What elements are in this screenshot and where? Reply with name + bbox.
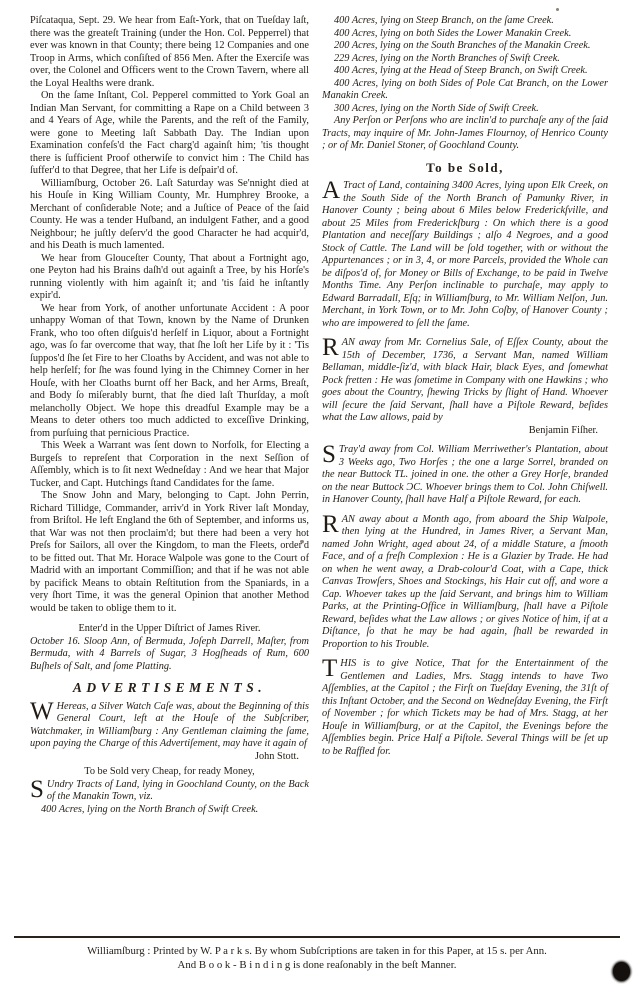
advertisements-heading: ADVERTISEMENTS. bbox=[30, 682, 309, 695]
acres-item: 400 Acres, lying on the North Branch of … bbox=[30, 804, 309, 817]
ad-land-sale-intro: SUndry Tracts of Land, lying in Goochlan… bbox=[30, 779, 309, 804]
acres-item: 400 Acres, lying on both Sides the Lower… bbox=[322, 28, 608, 41]
acres-item: 300 Acres, lying on the North Side of Sw… bbox=[322, 103, 608, 116]
acres-item: 400 Acres, lying on Steep Branch, on the… bbox=[322, 15, 608, 28]
ad-assemblies-notice: THIS is to give Notice, That for the Ent… bbox=[322, 658, 608, 758]
ad-signature: John Stott. bbox=[30, 751, 309, 764]
news-paragraph: Piſcataqua, Sept. 29. We hear from Eaſt-… bbox=[30, 15, 309, 90]
imprint-line: And B o o k - B i n d i n g is done reaſ… bbox=[14, 958, 620, 972]
to-be-sold-heading: To be Sold, bbox=[322, 162, 608, 175]
acres-item: 200 Acres, lying on the South Branches o… bbox=[322, 40, 608, 53]
ad-runaway-wright: RAN away about a Month ago, from aboard … bbox=[322, 514, 608, 652]
ad-silver-watch: WHereas, a Silver Watch Caſe was, about … bbox=[30, 701, 309, 751]
left-column: Piſcataqua, Sept. 29. We hear from Eaſt-… bbox=[30, 15, 309, 816]
inquiry-note: Any Perſon or Perſons who are inclin'd t… bbox=[322, 115, 608, 153]
news-paragraph: The Snow John and Mary, belonging to Cap… bbox=[30, 490, 309, 615]
imprint-footer: Williamſburg : Printed by W. P a r k s. … bbox=[14, 944, 620, 972]
newspaper-page: Piſcataqua, Sept. 29. We hear from Eaſt-… bbox=[0, 0, 634, 1008]
news-paragraph: We hear from Glouceſter County, That abo… bbox=[30, 253, 309, 303]
shipping-entries-heading: Enter'd in the Upper Diſtrict of James R… bbox=[30, 623, 309, 636]
acres-item: 229 Acres, lying on the North Branches o… bbox=[322, 53, 608, 66]
acres-item: 400 Acres, lying on both Sides of Pole C… bbox=[322, 78, 608, 103]
news-paragraph: This Week a Warrant was ſent down to Nor… bbox=[30, 440, 309, 490]
ad-strayed-horses: STray'd away from Col. William Merriweth… bbox=[322, 444, 608, 507]
footer-divider-rule bbox=[14, 936, 620, 938]
paper-speck bbox=[300, 540, 304, 543]
imprint-line: Williamſburg : Printed by W. P a r k s. … bbox=[14, 944, 620, 958]
news-paragraph: Williamſburg, October 26. Laſt Saturday … bbox=[30, 178, 309, 253]
ad-runaway-bellaman: RAN away from Mr. Cornelius Sale, of Eſſ… bbox=[322, 337, 608, 425]
news-paragraph: We hear from York, of another unfortunat… bbox=[30, 303, 309, 441]
right-column: 400 Acres, lying on Steep Branch, on the… bbox=[322, 15, 608, 816]
ad-signature: Benjamin Fiſher. bbox=[322, 425, 608, 438]
ad-land-sale-heading: To be Sold very Cheap, for ready Money, bbox=[30, 766, 309, 779]
shipping-entry: October 16. Sloop Ann, of Bermuda, Joſep… bbox=[30, 636, 309, 674]
news-paragraph: On the ſame Inſtant, Col. Pepperel commi… bbox=[30, 90, 309, 178]
acres-item: 400 Acres, lying at the Head of Steep Br… bbox=[322, 65, 608, 78]
ad-tract-of-land: A Tract of Land, containing 3400 Acres, … bbox=[322, 180, 608, 330]
paper-speck bbox=[556, 8, 559, 11]
two-column-layout: Piſcataqua, Sept. 29. We hear from Eaſt-… bbox=[30, 15, 634, 816]
ink-smudge bbox=[613, 962, 630, 981]
